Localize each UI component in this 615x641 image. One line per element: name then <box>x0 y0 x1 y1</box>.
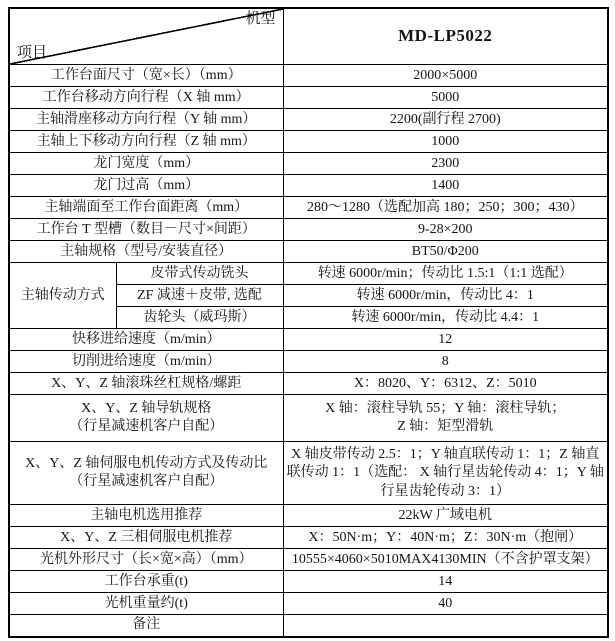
table-row: 切削进给速度（m/min） 8 <box>9 351 608 373</box>
spec-value: 2000×5000 <box>283 65 608 87</box>
spec-sublabel: 皮带式传动铣头 <box>116 263 283 285</box>
spec-label: 工作台 T 型槽（数目－尺寸×间距） <box>9 219 283 241</box>
spec-label: 主轴端面至工作台面距离（mm） <box>9 197 283 219</box>
spec-value: 2200(副行程 2700) <box>283 109 608 131</box>
table-row: 主轴上下移动方向行程（Z 轴 mm） 1000 <box>9 131 608 153</box>
spec-value: 10555×4060×5010MAX4130MIN（不含护罩支架） <box>283 549 608 571</box>
table-row: X、Y、Z 轴伺服电机传动方式及传动比 （行星减速机客户自配） X 轴皮带传动 … <box>9 442 608 505</box>
spec-value: 5000 <box>283 87 608 109</box>
table-row: 工作台移动方向行程（X 轴 mm） 5000 <box>9 87 608 109</box>
table-row: 主轴电机选用推荐 22kW 广域电机 <box>9 505 608 527</box>
spec-label: 快移进给速度（m/min） <box>9 329 283 351</box>
spec-label: 工作台承重(t) <box>9 571 283 593</box>
table-row: 光机重量约(t) 40 <box>9 593 608 615</box>
table-row: 备注 <box>9 615 608 637</box>
spec-label: 切削进给速度（m/min） <box>9 351 283 373</box>
spec-label: X、Y、Z 轴滚珠丝杠规格/螺距 <box>9 373 283 395</box>
spec-value: 2300 <box>283 153 608 175</box>
table-row: 快移进给速度（m/min） 12 <box>9 329 608 351</box>
spec-value: X 轴皮带传动 2.5：1；Y 轴直联传动 1：1；Z 轴直联传动 1：1（选配… <box>283 442 608 505</box>
table-row: 龙门宽度（mm） 2300 <box>9 153 608 175</box>
spec-value: 14 <box>283 571 608 593</box>
spec-value: BT50/Φ200 <box>283 241 608 263</box>
table-row: 光机外形尺寸（长×宽×高）（mm） 10555×4060×5010MAX4130… <box>9 549 608 571</box>
spec-label: 龙门过高（mm） <box>9 175 283 197</box>
table-row: X、Y、Z 轴滚珠丝杠规格/螺距 X：8020、Y：6312、Z：5010 <box>9 373 608 395</box>
table-row: 主轴滑座移动方向行程（Y 轴 mm） 2200(副行程 2700) <box>9 109 608 131</box>
spec-value <box>283 615 608 637</box>
spec-label: X、Y、Z 轴导轨规格 （行星减速机客户自配） <box>9 395 283 442</box>
table-row: 主轴传动方式 皮带式传动铣头 转速 6000r/min；传动比 1.5:1（1:… <box>9 263 608 285</box>
spec-label: 光机外形尺寸（长×宽×高）（mm） <box>9 549 283 571</box>
spec-group-label: 主轴传动方式 <box>9 263 116 329</box>
table-row: 工作台面尺寸（宽×长）（mm） 2000×5000 <box>9 65 608 87</box>
table-row: 龙门过高（mm） 1400 <box>9 175 608 197</box>
spec-value: 1400 <box>283 175 608 197</box>
spec-label: X、Y、Z 轴伺服电机传动方式及传动比 （行星减速机客户自配） <box>9 442 283 505</box>
spec-value: 1000 <box>283 131 608 153</box>
spec-value: 8 <box>283 351 608 373</box>
spec-label: 光机重量约(t) <box>9 593 283 615</box>
machine-model: MD-LP5022 <box>283 8 608 65</box>
table-row: X、Y、Z 三相伺服电机推荐 X：50N·m；Y：40N·m；Z：30N·m（抱… <box>9 527 608 549</box>
table-row: 主轴规格（型号/安装直径） BT50/Φ200 <box>9 241 608 263</box>
spec-label: 工作台面尺寸（宽×长）（mm） <box>9 65 283 87</box>
spec-value: 转速 6000r/min；传动比 1.5:1（1:1 选配） <box>283 263 608 285</box>
spec-label: 主轴规格（型号/安装直径） <box>9 241 283 263</box>
spec-value: X：8020、Y：6312、Z：5010 <box>283 373 608 395</box>
header-corner-item: 项目 <box>17 44 47 64</box>
table-row: 工作台承重(t) 14 <box>9 571 608 593</box>
header-row: 机型 项目 MD-LP5022 <box>9 8 608 65</box>
spec-label: 备注 <box>9 615 283 637</box>
diagonal-header-cell: 机型 项目 <box>9 8 283 65</box>
table-row: 主轴端面至工作台面距离（mm） 280～1280（选配加高 180；250；30… <box>9 197 608 219</box>
spec-label: 龙门宽度（mm） <box>9 153 283 175</box>
table-row: X、Y、Z 轴导轨规格 （行星减速机客户自配） X 轴：滚柱导轨 55；Y 轴：… <box>9 395 608 442</box>
spec-value: 40 <box>283 593 608 615</box>
spec-label: 主轴滑座移动方向行程（Y 轴 mm） <box>9 109 283 131</box>
spec-value: X：50N·m；Y：40N·m；Z：30N·m（抱闸） <box>283 527 608 549</box>
table-row: 工作台 T 型槽（数目－尺寸×间距） 9-28×200 <box>9 219 608 241</box>
spec-value: 9-28×200 <box>283 219 608 241</box>
spec-value: 转速 6000r/min，传动比 4：1 <box>283 285 608 307</box>
spec-label: 主轴电机选用推荐 <box>9 505 283 527</box>
header-corner-model: 机型 <box>245 10 275 30</box>
spec-table: 机型 项目 MD-LP5022 工作台面尺寸（宽×长）（mm） 2000×500… <box>8 7 609 638</box>
spec-sublabel: 齿轮头（威玛斯） <box>116 307 283 329</box>
spec-value: X 轴：滚柱导轨 55；Y 轴：滚柱导轨； Z 轴：矩型滑轨 <box>283 395 608 442</box>
spec-value: 12 <box>283 329 608 351</box>
spec-label: 工作台移动方向行程（X 轴 mm） <box>9 87 283 109</box>
spec-label: 主轴上下移动方向行程（Z 轴 mm） <box>9 131 283 153</box>
spec-value: 280～1280（选配加高 180；250；300；430） <box>283 197 608 219</box>
spec-value: 22kW 广域电机 <box>283 505 608 527</box>
spec-value: 转速 6000r/min，传动比 4.4：1 <box>283 307 608 329</box>
spec-sublabel: ZF 减速＋皮带, 选配 <box>116 285 283 307</box>
spec-label: X、Y、Z 三相伺服电机推荐 <box>9 527 283 549</box>
